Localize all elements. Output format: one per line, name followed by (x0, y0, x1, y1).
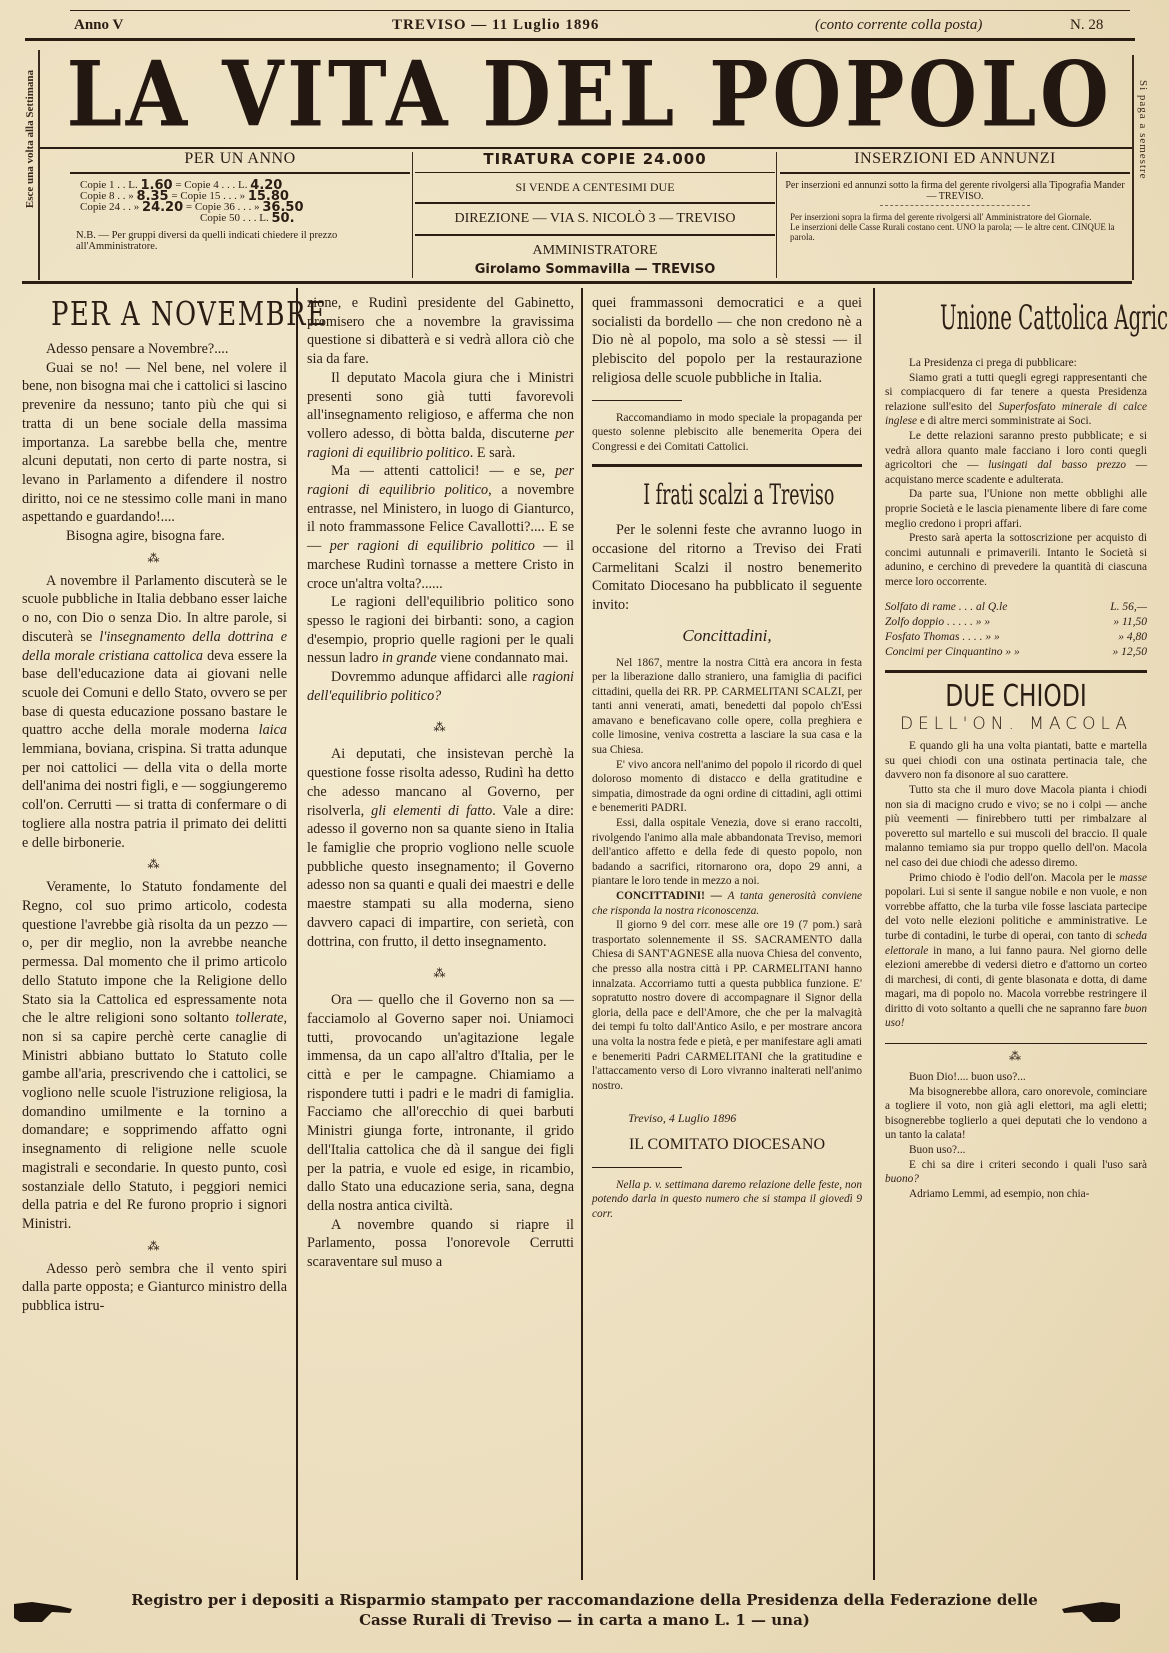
side-text-left: Esce una volta alla Settimana (24, 70, 36, 208)
divider (70, 172, 410, 174)
paragraph: Per le solenni feste che avranno luogo i… (592, 521, 862, 615)
ads-text-1: Per inserzioni ed annunzi sotto la firma… (780, 180, 1130, 202)
ads-text-2: Per inserzioni sopra la firma del gerent… (780, 212, 1130, 222)
section-ornament: ⁂ (307, 721, 574, 733)
newspaper-title: LA VITA DEL POPOLO (67, 41, 1113, 147)
editorial-address: DIREZIONE — VIA S. NICOLÒ 3 — TREVISO (415, 208, 775, 230)
nb-note: N.B. — Per gruppi diversi da quelli indi… (70, 230, 410, 252)
divider (415, 234, 775, 236)
paragraph: E quando gli ha una volta piantati, batt… (885, 739, 1147, 783)
divider (592, 400, 682, 401)
article-frati-scalzi: quei frammassoni democratici e a quei so… (592, 294, 862, 1222)
right-side-rule (1132, 55, 1134, 280)
signature: IL COMITATO DIOCESANO (592, 1136, 862, 1155)
price-row: Copie 50 . . . L. 50. (80, 213, 410, 224)
paragraph: Buon uso?... (885, 1143, 1147, 1158)
paragraph: Tutto sta che il muro dove Macola pianta… (885, 783, 1147, 871)
article-continuation: zione, e Rudinì presidente del Gabinetto… (307, 294, 574, 1272)
newspaper-page: Anno V TREVISO — 11 Luglio 1896 (conto c… (0, 0, 1169, 1653)
paragraph: Il deputato Macola giura che i Ministri … (307, 369, 574, 463)
circulation: TIRATURA COPIE 24.000 (415, 150, 775, 168)
footnote: Nella p. v. settimana daremo relazione d… (592, 1178, 862, 1222)
paragraph: Adriamo Lemmi, ad esempio, non chia- (885, 1187, 1147, 1202)
paragraph: Bisogna agire, bisogna fare. (22, 527, 287, 546)
place-date: TREVISO — 11 Luglio 1896 (392, 17, 599, 34)
paragraph: Adesso pensare a Novembre?.... (22, 340, 287, 359)
ads-box: INSERZIONI ED ANNUNZI Per inserzioni ed … (780, 150, 1130, 280)
paragraph: E' vivo ancora nell'animo del popolo il … (592, 758, 862, 816)
article-headline: I frati scalzi a Treviso (643, 475, 810, 515)
footer-notice: Registro per i depositi a Risparmio stam… (0, 1590, 1169, 1640)
article-headline: PER A NOVEMBRE (51, 294, 258, 334)
divider (415, 172, 775, 173)
top-rule (70, 10, 1130, 11)
paragraph: Nel 1867, mentre la nostra Città era anc… (592, 656, 862, 758)
footer-line-1: Registro per i depositi a Risparmio stam… (0, 1590, 1169, 1610)
divider (592, 464, 862, 467)
ornamental-rule (880, 205, 1030, 206)
price-item: Fosfato Thomas . . . . » »» 4,80 (885, 630, 1147, 645)
column-rule (581, 288, 583, 1580)
price-item: Concimi per Cinquantino » »» 12,50 (885, 645, 1147, 660)
article-subheadline: DELL'ON. MACOLA (885, 715, 1147, 734)
section-ornament: ⁂ (885, 1050, 1147, 1062)
masthead-rule (40, 147, 1132, 149)
column-rule (296, 288, 298, 1580)
salutation: Concittadini, (592, 627, 862, 646)
subscription-prices: Copie 1 . . L. 1.60 = Copie 4 . . . L. 4… (70, 180, 410, 224)
divider (592, 1167, 682, 1168)
subscription-heading: PER UN ANNO (70, 150, 410, 168)
paragraph: Dovremmo adunque affidarci alle ragioni … (307, 668, 574, 705)
paragraph: Primo chiodo è l'odio dell'on. Macola pe… (885, 871, 1147, 1032)
place-date: Treviso, 4 Luglio 1896 (628, 1109, 862, 1128)
paragraph: Ma bisognerebbe allora, caro onorevole, … (885, 1085, 1147, 1143)
section-ornament: ⁂ (22, 552, 287, 564)
divider (885, 1043, 1147, 1044)
dateline: Anno V TREVISO — 11 Luglio 1896 (conto c… (70, 14, 1130, 36)
divider (885, 670, 1147, 673)
sale-price: SI VENDE A CENTESIMI DUE (415, 177, 775, 198)
article-unione-cattolica: Unione Cattolica Agricola La Presidenza … (885, 294, 1147, 1201)
article-headline: Unione Cattolica Agricola (940, 294, 1092, 342)
paragraph: Le dette relazioni saranno presto pubbli… (885, 429, 1147, 487)
column-rule (873, 288, 875, 1580)
paragraph: Il giorno 9 del corr. mese alle ore 19 (… (592, 918, 862, 1093)
paragraph: Veramente, lo Statuto fondamente del Reg… (22, 878, 287, 1233)
paragraph: Adesso però sembra che il vento spiri da… (22, 1260, 287, 1316)
header-bottom-rule (22, 281, 1132, 284)
volume-label: Anno V (74, 17, 123, 34)
section-ornament: ⁂ (22, 858, 287, 870)
paragraph: Da parte sua, l'Unione non mette obbligh… (885, 487, 1147, 531)
paragraph: Siamo grati a tutti quegli egregi rappre… (885, 371, 1147, 429)
ads-text-3: Le inserzioni delle Casse Rurali costano… (780, 222, 1130, 242)
divider (415, 202, 775, 204)
paragraph: Ma — attenti cattolici! — e se, per ragi… (307, 462, 574, 593)
paragraph: La Presidenza ci prega di pubblicare: (885, 356, 1147, 371)
info-divider (412, 152, 413, 278)
price-item: Zolfo doppio . . . . . » »» 11,50 (885, 615, 1147, 630)
paragraph: quei frammassoni democratici e a quei so… (592, 294, 862, 388)
left-side-rule (38, 50, 40, 280)
administrator-label: AMMINISTRATORE (415, 240, 775, 262)
ads-heading: INSERZIONI ED ANNUNZI (780, 150, 1130, 168)
section-ornament: ⁂ (307, 967, 574, 979)
info-divider (776, 152, 777, 278)
postal-note: (conto corrente colla posta) (815, 17, 982, 34)
administrator-name: Girolamo Sommavilla — TREVISO (415, 262, 775, 277)
paragraph: zione, e Rudinì presidente del Gabinetto… (307, 294, 574, 369)
article-headline: DUE CHIODI (914, 679, 1118, 715)
fertilizer-price-list: Solfato di rame . . . al Q.leL. 56,— Zol… (885, 600, 1147, 660)
paragraph: CONCITTADINI! — A tanta generosità convi… (592, 889, 862, 918)
masthead: LA VITA DEL POPOLO (60, 44, 1120, 144)
paragraph: Presto sarà aperta la sottoscrizione per… (885, 531, 1147, 589)
paragraph: E chi sa dire i criteri secondo i quali … (885, 1158, 1147, 1187)
paragraph: Buon Dio!.... buon uso?... (885, 1070, 1147, 1085)
recommendation-note: Raccomandiamo in modo speciale la propag… (592, 411, 862, 455)
paragraph: Ai deputati, che insistevan perchè la qu… (307, 745, 574, 951)
divider (780, 172, 1130, 174)
paragraph: A novembre quando si riapre il Parlament… (307, 1216, 574, 1272)
paragraph: Le ragioni dell'equilibrio politico sono… (307, 593, 574, 668)
pointing-hand-icon (1060, 1600, 1122, 1624)
paragraph: Guai se no! — Nel bene, nel volere il be… (22, 359, 287, 527)
subscription-box: PER UN ANNO Copie 1 . . L. 1.60 = Copie … (70, 150, 410, 280)
section-ornament: ⁂ (22, 1240, 287, 1252)
footer-line-2: Casse Rurali di Treviso — in carta a man… (0, 1610, 1169, 1630)
paragraph: Ora — quello che il Governo non sa — fac… (307, 991, 574, 1215)
issue-number: N. 28 (1070, 17, 1103, 34)
center-info-box: TIRATURA COPIE 24.000 SI VENDE A CENTESI… (415, 150, 775, 280)
article-per-a-novembre: PER A NOVEMBRE Adesso pensare a Novembre… (22, 294, 287, 1316)
price-item: Solfato di rame . . . al Q.leL. 56,— (885, 600, 1147, 615)
side-text-right: Si paga a semestre (1137, 80, 1149, 180)
paragraph: Essi, dalla ospitale Venezia, dove si er… (592, 816, 862, 889)
paragraph: A novembre il Parlamento discuterà se le… (22, 572, 287, 853)
